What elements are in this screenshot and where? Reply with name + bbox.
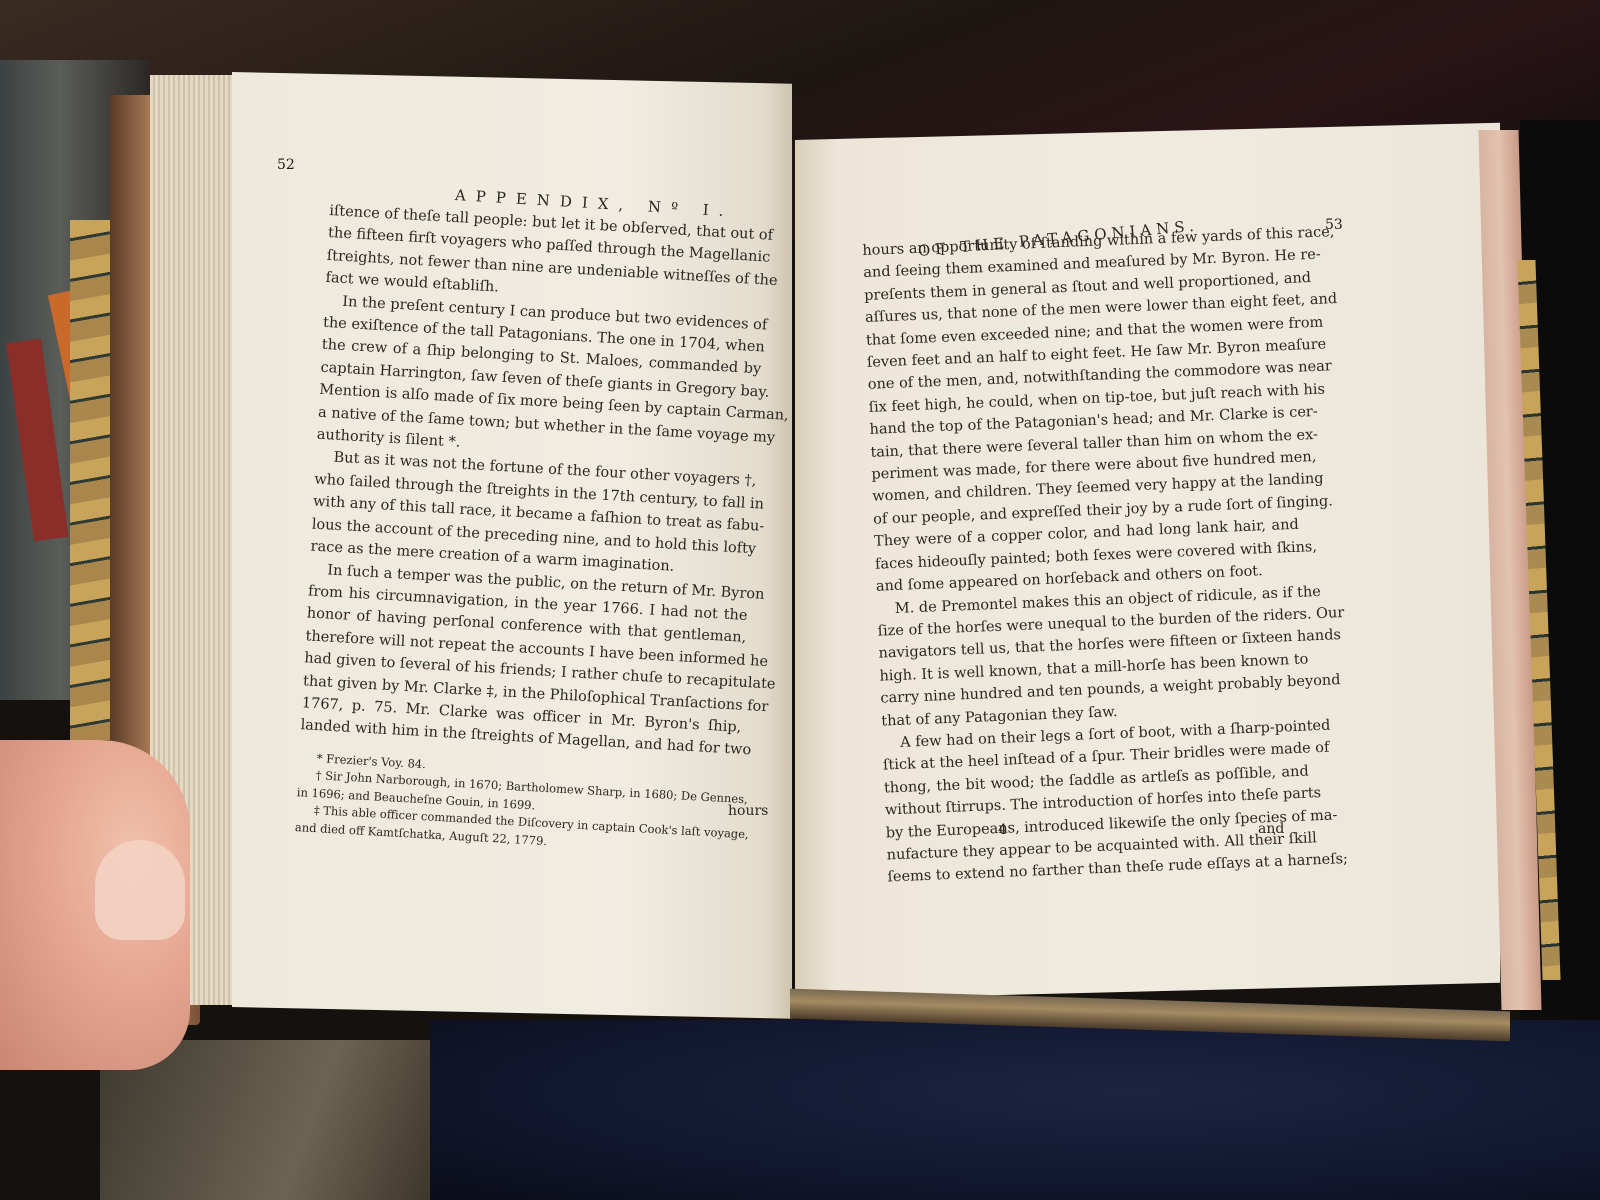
signature-mark: 4 bbox=[998, 822, 1007, 838]
right-page-body: hours an opportunity of ſtanding within … bbox=[862, 223, 1313, 889]
left-page-body: iſtence of theſe tall people: but let it… bbox=[294, 200, 769, 861]
background-lap-fabric bbox=[430, 1020, 1600, 1200]
catchword-right: and bbox=[1258, 821, 1284, 837]
marbled-board-left bbox=[70, 220, 110, 740]
page-number-left: 52 bbox=[277, 157, 295, 173]
thumb-nail bbox=[95, 840, 185, 940]
catchword-left: hours bbox=[728, 803, 768, 819]
